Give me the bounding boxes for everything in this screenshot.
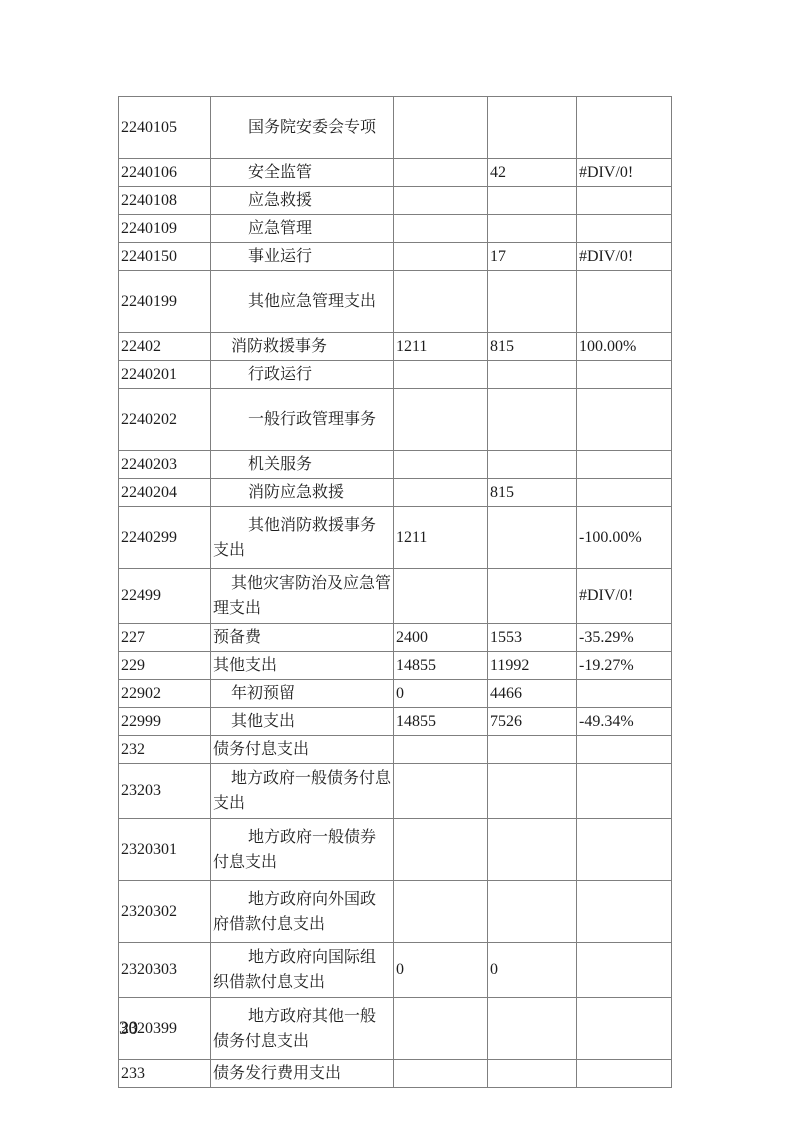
cell-amount-1 [394, 97, 488, 159]
cell-code: 2240150 [119, 243, 211, 271]
cell-amount-1: 1211 [394, 507, 488, 569]
table-row: 2240203 机关服务 [119, 451, 672, 479]
cell-code: 233 [119, 1060, 211, 1088]
cell-code: 23203 [119, 764, 211, 819]
cell-change-percent: #DIV/0! [577, 569, 672, 624]
cell-change-percent [577, 736, 672, 764]
table-row: 22999 其他支出 14855 7526 -49.34% [119, 708, 672, 736]
cell-code: 232 [119, 736, 211, 764]
table-row: 2240150 事业运行 17 #DIV/0! [119, 243, 672, 271]
cell-change-percent [577, 881, 672, 943]
cell-change-percent: -49.34% [577, 708, 672, 736]
cell-change-percent [577, 187, 672, 215]
cell-amount-1 [394, 271, 488, 333]
cell-description: 一般行政管理事务 [211, 389, 394, 451]
cell-code: 2320303 [119, 943, 211, 998]
table-row: 232 债务付息支出 [119, 736, 672, 764]
cell-description: 地方政府向国际组织借款付息支出 [211, 943, 394, 998]
cell-code: 2320302 [119, 881, 211, 943]
cell-amount-1 [394, 451, 488, 479]
cell-amount-2 [488, 569, 577, 624]
cell-change-percent: -100.00% [577, 507, 672, 569]
cell-amount-2 [488, 1060, 577, 1088]
cell-change-percent: #DIV/0! [577, 159, 672, 187]
cell-change-percent: 100.00% [577, 333, 672, 361]
table-row: 2320399 地方政府其他一般债务付息支出 [119, 998, 672, 1060]
cell-amount-1 [394, 819, 488, 881]
cell-description: 地方政府向外国政府借款付息支出 [211, 881, 394, 943]
cell-amount-1 [394, 215, 488, 243]
table-row: 2320303 地方政府向国际组织借款付息支出 0 0 [119, 943, 672, 998]
cell-code: 2240299 [119, 507, 211, 569]
cell-amount-1 [394, 361, 488, 389]
cell-description: 债务付息支出 [211, 736, 394, 764]
table-row: 2240299 其他消防救援事务支出 1211 -100.00% [119, 507, 672, 569]
table-row: 2240199 其他应急管理支出 [119, 271, 672, 333]
cell-code: 22999 [119, 708, 211, 736]
cell-amount-1 [394, 243, 488, 271]
cell-description: 其他支出 [211, 708, 394, 736]
cell-description: 地方政府一般债券付息支出 [211, 819, 394, 881]
cell-description: 应急管理 [211, 215, 394, 243]
cell-code: 2240203 [119, 451, 211, 479]
cell-amount-1 [394, 187, 488, 215]
cell-amount-1 [394, 881, 488, 943]
cell-code: 22902 [119, 680, 211, 708]
cell-change-percent: #DIV/0! [577, 243, 672, 271]
cell-code: 227 [119, 624, 211, 652]
cell-change-percent: -35.29% [577, 624, 672, 652]
cell-amount-1: 0 [394, 943, 488, 998]
cell-amount-2 [488, 736, 577, 764]
cell-description: 机关服务 [211, 451, 394, 479]
table-row: 2240105 国务院安委会专项 [119, 97, 672, 159]
cell-change-percent [577, 361, 672, 389]
cell-description: 事业运行 [211, 243, 394, 271]
cell-amount-2 [488, 187, 577, 215]
cell-amount-1 [394, 1060, 488, 1088]
document-page: 2240105 国务院安委会专项 2240106 安全监管 42 #DIV/0!… [0, 0, 793, 1122]
cell-amount-2: 17 [488, 243, 577, 271]
cell-amount-2 [488, 819, 577, 881]
table-row: 2320302 地方政府向外国政府借款付息支出 [119, 881, 672, 943]
cell-code: 2240199 [119, 271, 211, 333]
cell-change-percent [577, 680, 672, 708]
cell-change-percent [577, 998, 672, 1060]
table-row: 22402 消防救援事务 1211 815 100.00% [119, 333, 672, 361]
cell-code: 2240106 [119, 159, 211, 187]
cell-amount-2: 11992 [488, 652, 577, 680]
cell-code: 2240108 [119, 187, 211, 215]
cell-description: 安全监管 [211, 159, 394, 187]
cell-amount-2 [488, 881, 577, 943]
cell-description: 其他支出 [211, 652, 394, 680]
table-row: 2240204 消防应急救援 815 [119, 479, 672, 507]
cell-change-percent [577, 97, 672, 159]
cell-change-percent [577, 764, 672, 819]
cell-amount-2: 42 [488, 159, 577, 187]
cell-code: 2240201 [119, 361, 211, 389]
cell-description: 消防应急救援 [211, 479, 394, 507]
cell-amount-2 [488, 215, 577, 243]
table-row: 2240202 一般行政管理事务 [119, 389, 672, 451]
table-row: 2240109 应急管理 [119, 215, 672, 243]
cell-amount-1 [394, 159, 488, 187]
cell-code: 22499 [119, 569, 211, 624]
cell-amount-2 [488, 361, 577, 389]
cell-amount-2: 4466 [488, 680, 577, 708]
cell-description: 债务发行费用支出 [211, 1060, 394, 1088]
cell-amount-1: 14855 [394, 708, 488, 736]
cell-code: 2240204 [119, 479, 211, 507]
cell-change-percent [577, 271, 672, 333]
table-row: 22499 其他灾害防治及应急管理支出 #DIV/0! [119, 569, 672, 624]
table-row: 22902 年初预留 0 4466 [119, 680, 672, 708]
cell-code: 2240105 [119, 97, 211, 159]
cell-description: 预备费 [211, 624, 394, 652]
table-row: 2240201 行政运行 [119, 361, 672, 389]
cell-amount-1 [394, 998, 488, 1060]
cell-amount-1 [394, 764, 488, 819]
table-row: 227 预备费 2400 1553 -35.29% [119, 624, 672, 652]
cell-amount-2 [488, 451, 577, 479]
cell-change-percent [577, 451, 672, 479]
cell-code: 2240202 [119, 389, 211, 451]
table-row: 233 债务发行费用支出 [119, 1060, 672, 1088]
cell-amount-2: 7526 [488, 708, 577, 736]
cell-change-percent: -19.27% [577, 652, 672, 680]
cell-amount-2: 1553 [488, 624, 577, 652]
cell-amount-1 [394, 389, 488, 451]
cell-change-percent [577, 1060, 672, 1088]
cell-code: 22402 [119, 333, 211, 361]
cell-description: 地方政府一般债务付息支出 [211, 764, 394, 819]
cell-amount-1: 0 [394, 680, 488, 708]
cell-amount-2 [488, 271, 577, 333]
cell-code: 2240109 [119, 215, 211, 243]
cell-amount-2 [488, 764, 577, 819]
cell-description: 地方政府其他一般债务付息支出 [211, 998, 394, 1060]
cell-change-percent [577, 389, 672, 451]
cell-change-percent [577, 479, 672, 507]
cell-change-percent [577, 215, 672, 243]
cell-amount-2 [488, 97, 577, 159]
cell-amount-2 [488, 389, 577, 451]
table-row: 2240106 安全监管 42 #DIV/0! [119, 159, 672, 187]
cell-description: 应急救援 [211, 187, 394, 215]
budget-table: 2240105 国务院安委会专项 2240106 安全监管 42 #DIV/0!… [118, 96, 672, 1088]
cell-amount-2: 815 [488, 479, 577, 507]
cell-description: 其他灾害防治及应急管理支出 [211, 569, 394, 624]
cell-amount-2: 0 [488, 943, 577, 998]
page-number: 30 [119, 1018, 138, 1040]
table-row: 2320301 地方政府一般债券付息支出 [119, 819, 672, 881]
cell-amount-1: 1211 [394, 333, 488, 361]
cell-amount-1 [394, 569, 488, 624]
cell-amount-1 [394, 479, 488, 507]
cell-amount-1: 2400 [394, 624, 488, 652]
budget-table-body: 2240105 国务院安委会专项 2240106 安全监管 42 #DIV/0!… [119, 97, 672, 1088]
cell-change-percent [577, 819, 672, 881]
cell-description: 消防救援事务 [211, 333, 394, 361]
cell-description: 行政运行 [211, 361, 394, 389]
cell-description: 年初预留 [211, 680, 394, 708]
cell-description: 其他消防救援事务支出 [211, 507, 394, 569]
cell-amount-1 [394, 736, 488, 764]
cell-amount-2 [488, 507, 577, 569]
cell-amount-1: 14855 [394, 652, 488, 680]
table-row: 229 其他支出 14855 11992 -19.27% [119, 652, 672, 680]
cell-description: 其他应急管理支出 [211, 271, 394, 333]
cell-change-percent [577, 943, 672, 998]
cell-code: 229 [119, 652, 211, 680]
table-row: 2240108 应急救援 [119, 187, 672, 215]
table-row: 23203 地方政府一般债务付息支出 [119, 764, 672, 819]
cell-amount-2: 815 [488, 333, 577, 361]
cell-amount-2 [488, 998, 577, 1060]
cell-code: 2320301 [119, 819, 211, 881]
cell-description: 国务院安委会专项 [211, 97, 394, 159]
